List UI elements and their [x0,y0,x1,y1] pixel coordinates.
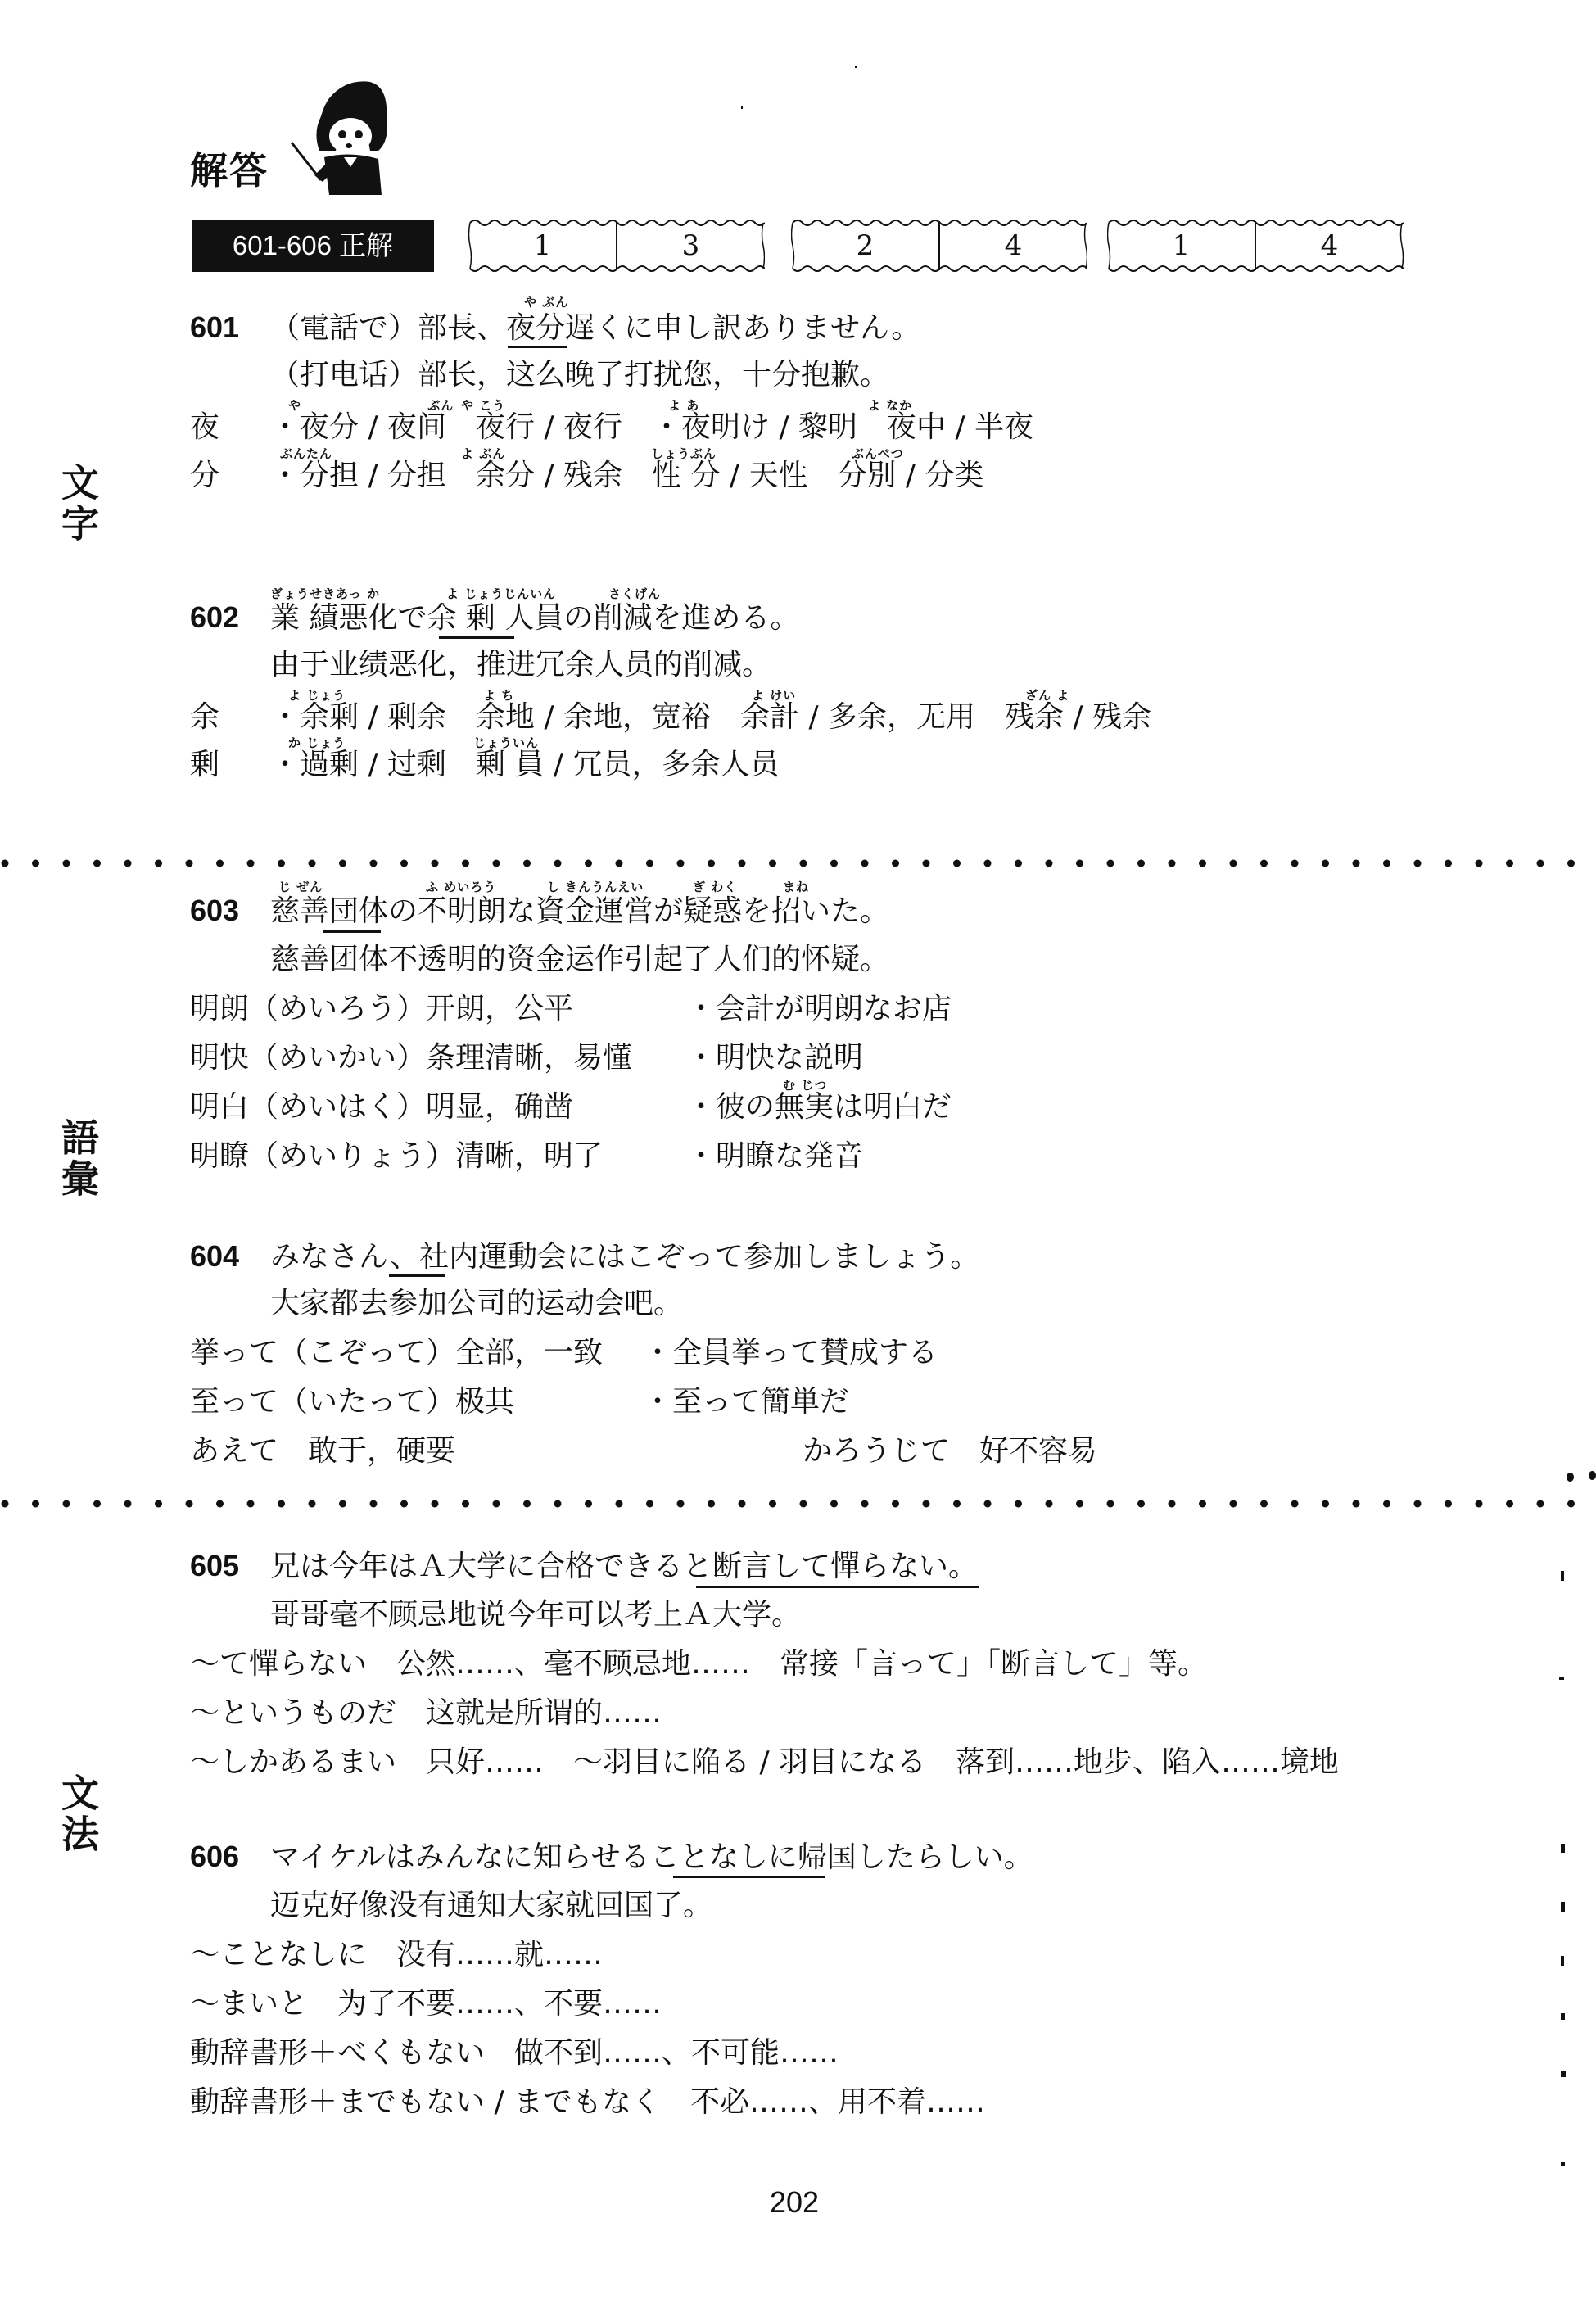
problem-603-sentence: 603慈善団体の不明朗な資金運営が疑惑を招いた。 [190,893,889,930]
section-label-goi: 語彙 [51,1118,105,1200]
answer-603: 2 [791,218,939,274]
answer-group-2: 2 4 [791,218,1087,274]
problem-606-translation: 迈克好像没有通知大家就回国了。 [270,1888,712,1924]
problem-number: 605 [190,1548,270,1584]
problem-604-translation: 大家都去参加公司的运动会吧。 [270,1286,683,1322]
dotted-divider [0,858,1596,868]
vocab-example: ・全員挙って賛成する [643,1335,938,1371]
vocab-term: 明瞭（めいりょう）清晰，明了 [190,1138,603,1175]
problem-number: 603 [190,893,270,929]
grammar-note: 動辞書形＋べくもない 做不到……、不可能…… [190,2035,839,2071]
problem-605-translation: 哥哥毫不顾忌地说今年可以考上Ａ大学。 [270,1597,801,1633]
vocab-example: ・会計が明朗なお店 [686,991,952,1027]
kanji-row-yo: 余・余剰 / 剰余 余地 / 余地，宽裕 余計 / 多余，无用 残余 / 残余 [190,699,1151,736]
answer-range-banner: 601-606 正解 [192,220,434,272]
target-underline [508,346,567,348]
problem-number: 601 [190,310,270,346]
scan-artifact [1561,2071,1566,2077]
grammar-note: ～というものだ 这就是所谓的…… [190,1695,662,1731]
grammar-note: ～ことなしに 没有……就…… [190,1937,603,1973]
teacher-girl-icon [288,75,419,198]
answer-group-1: 1 3 [468,218,765,274]
target-word: 余 剰 [427,601,504,635]
scan-artifact [741,106,743,109]
scan-artifact [855,66,857,68]
scan-artifact [1561,2013,1565,2020]
section-label-moji: 文字 [51,463,105,545]
scan-artifact [1559,1677,1564,1680]
scan-artifact [1561,2162,1565,2166]
target-underline [673,1876,825,1878]
problem-602-translation: 由于业绩恶化，推进冗余人员的削减。 [270,647,771,683]
problem-number: 606 [190,1839,270,1875]
vocab-term: 明快（めいかい）条理清晰，易懂 [190,1040,632,1076]
vocab-term: 明白（めいはく）明显，确凿 [190,1089,573,1125]
vocab-term: 至って（いたって）极其 [190,1384,514,1420]
grammar-note: ～しかあるまい 只好…… ～羽目に陥る / 羽目になる 落到……地步、陷入……境… [190,1745,1339,1781]
vocab-example: ・明瞭な発音 [686,1138,863,1175]
problem-number: 602 [190,600,270,636]
problem-605-sentence: 605兄は今年はＡ大学に合格できると断言して憚らない。 [190,1548,978,1585]
grammar-note: ～まいと 为了不要……、不要…… [190,1986,662,2022]
target-word: 明朗 [447,894,506,928]
grammar-note: ～て憚らない 公然……、毫不顾忌地…… 常接「言って」「断言して」等。 [190,1646,1207,1682]
scan-artifact [1561,1571,1564,1581]
target-word: こぞって [626,1240,744,1274]
target-underline [439,636,514,639]
grammar-note: 動辞書形＋までもない / までもなく 不必……、用不着…… [190,2084,985,2121]
target-underline [389,1274,445,1277]
page-title: 解答 [190,141,269,195]
problem-602-sentence: 602業 績悪化で余 剰 人員の削減を進める。 [190,600,799,636]
kanji-row-ya: 夜・夜分 / 夜间 夜行 / 夜行 ・夜明け / 黎明 夜中 / 半夜 [190,410,1033,446]
answer-602: 3 [617,218,765,274]
problem-604-sentence: 604みなさん、社内運動会にはこぞって参加しましょう。 [190,1238,979,1275]
vocab-extra: かろうじて 好不容易 [803,1433,1097,1469]
scan-artifact [1561,1956,1564,1966]
target-word: ことなしに [650,1840,798,1874]
vocab-term: 挙って（こぞって）全部，一致 [190,1335,603,1371]
dotted-divider [0,1499,1596,1509]
problem-number: 604 [190,1238,270,1274]
scan-artifact [1561,1902,1565,1912]
target-underline [696,1586,979,1588]
ruby: や ぶん [524,293,568,310]
target-underline [323,930,381,933]
vocab-term: 明朗（めいろう）开朗，公平 [190,991,573,1027]
vocab-extra: あえて 敢于，硬要 [190,1433,455,1469]
vocab-example: ・明快な説明 [686,1040,863,1076]
vocab-example: ・至って簡単だ [643,1384,849,1420]
answer-601: 1 [468,218,617,274]
target-word: 夜分 [506,311,565,345]
section-label-bunpo: 文法 [51,1773,105,1855]
answer-group-3: 1 4 [1107,218,1404,274]
page-number: 202 [770,2185,819,2220]
kanji-row-jo: 剰・過剰 / 过剩 剰 員 / 冗员，多余人员 [190,747,779,783]
target-word: と断言して憚らない [683,1550,948,1583]
dot-artifact [1567,1473,1574,1482]
answer-604: 4 [939,218,1087,274]
problem-603-translation: 慈善团体不透明的资金运作引起了人们的怀疑。 [270,942,889,978]
problem-601-translation: （打电话）部长，这么晚了打扰您，十分抱歉。 [270,357,889,393]
scan-artifact [1561,1844,1565,1853]
kanji-row-bun: 分・分担 / 分担 余分 / 残余 性 分 / 天性 分別 / 分类 [190,458,984,494]
problem-606-sentence: 606マイケルはみんなに知らせることなしに帰国したらしい。 [190,1839,1033,1876]
answer-605: 1 [1107,218,1255,274]
answer-606: 4 [1255,218,1404,274]
vocab-example: ・彼の無実は明白だ [686,1089,952,1125]
dot-artifact [1589,1471,1596,1480]
problem-601-sentence: 601（電話で）部長、夜分遅くに申し訳ありません。 [190,310,920,346]
